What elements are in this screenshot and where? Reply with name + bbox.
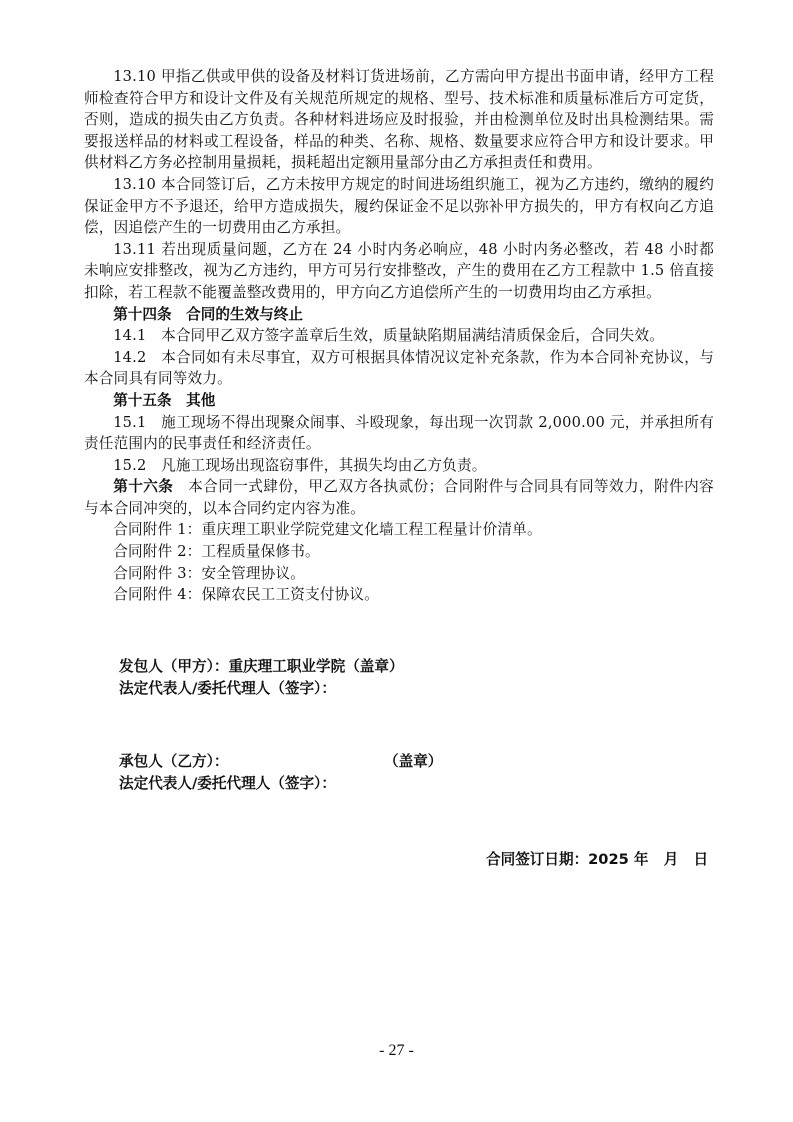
clause-14-2: 14.2本合同如有未尽事宜，双方可根据具体情况议定补充条款，作为本合同补充协议，… xyxy=(84,347,714,390)
clause-text: 施工现场不得出现聚众闹事、斗殴现象，每出现一次罚款 2,000.00 元，并承担… xyxy=(84,414,714,453)
clause-number: 14.1 xyxy=(113,327,146,344)
article-16: 第十六条本合同一式肆份，甲乙双方各执贰份；合同附件与合同具有同等效力，附件内容与… xyxy=(84,476,714,519)
clause-number: 14.2 xyxy=(113,349,146,366)
clause-text: 本合同甲乙双方签字盖章后生效，质量缺陷期届满结清质保金后，合同失效。 xyxy=(161,327,664,344)
clause-15-1: 15.1施工现场不得出现聚众闹事、斗殴现象，每出现一次罚款 2,000.00 元… xyxy=(84,412,714,455)
clause-text: 若出现质量问题，乙方在 24 小时内务必响应，48 小时内务必整改，若 48 小… xyxy=(84,241,714,301)
contract-sign-date: 合同签订日期：2025 年 月 日 xyxy=(486,849,708,871)
party-b-signature: 承包人（乙方）： xyxy=(119,751,228,773)
page-number: - 27 - xyxy=(0,1042,793,1060)
attachment-3: 合同附件 3：安全管理协议。 xyxy=(84,563,714,585)
clause-14-1: 14.1本合同甲乙双方签字盖章后生效，质量缺陷期届满结清质保金后，合同失效。 xyxy=(84,325,714,347)
article-number: 第十六条 xyxy=(113,478,173,495)
clause-text: 本合同如有未尽事宜，双方可根据具体情况议定补充条款，作为本合同补充协议，与本合同… xyxy=(84,349,714,388)
attachment-4: 合同附件 4：保障农民工工资支付协议。 xyxy=(84,584,714,606)
clause-13-10-entry: 13.10 本合同签订后，乙方未按甲方规定的时间进场组织施工，视为乙方违约，缴纳… xyxy=(84,174,714,239)
clause-number: 15.2 xyxy=(113,457,146,474)
article-title: 合同的生效与终止 xyxy=(186,306,303,323)
clause-15-2: 15.2凡施工现场出现盗窃事件，其损失均由乙方负责。 xyxy=(84,455,714,477)
article-title: 其他 xyxy=(186,392,215,409)
clause-text: 本合同签订后，乙方未按甲方规定的时间进场组织施工，视为乙方违约，缴纳的履约保证金… xyxy=(84,176,714,236)
party-a-signature: 发包人（甲方）：重庆理工职业学院（盖章） xyxy=(119,656,404,678)
party-b-representative: 法定代表人/委托代理人（签字）： xyxy=(119,773,336,795)
party-b-seal: （盖章） xyxy=(384,751,442,773)
attachment-1: 合同附件 1：重庆理工职业学院党建文化墙工程工程量计价清单。 xyxy=(84,519,714,541)
attachment-2: 合同附件 2：工程质量保修书。 xyxy=(84,541,714,563)
party-a-representative: 法定代表人/委托代理人（签字）： xyxy=(119,678,336,700)
clause-number: 15.1 xyxy=(113,414,146,431)
clause-number: 13.11 xyxy=(113,241,156,258)
clause-number: 13.10 xyxy=(113,68,156,85)
article-15-heading: 第十五条其他 xyxy=(84,390,714,412)
article-number: 第十五条 xyxy=(113,392,171,409)
clause-text: 凡施工现场出现盗窃事件，其损失均由乙方负责。 xyxy=(161,457,486,474)
document-body: 13.10 甲指乙供或甲供的设备及材料订货进场前，乙方需向甲方提出书面申请，经甲… xyxy=(84,66,714,606)
clause-text: 甲指乙供或甲供的设备及材料订货进场前，乙方需向甲方提出书面申请，经甲方工程师检查… xyxy=(84,68,714,171)
clause-13-10-procurement: 13.10 甲指乙供或甲供的设备及材料订货进场前，乙方需向甲方提出书面申请，经甲… xyxy=(84,66,714,174)
clause-13-11: 13.11 若出现质量问题，乙方在 24 小时内务必响应，48 小时内务必整改，… xyxy=(84,239,714,304)
article-text: 本合同一式肆份，甲乙双方各执贰份；合同附件与合同具有同等效力，附件内容与本合同冲… xyxy=(84,478,714,517)
article-number: 第十四条 xyxy=(113,306,171,323)
article-14-heading: 第十四条合同的生效与终止 xyxy=(84,304,714,326)
clause-number: 13.10 xyxy=(113,176,156,193)
